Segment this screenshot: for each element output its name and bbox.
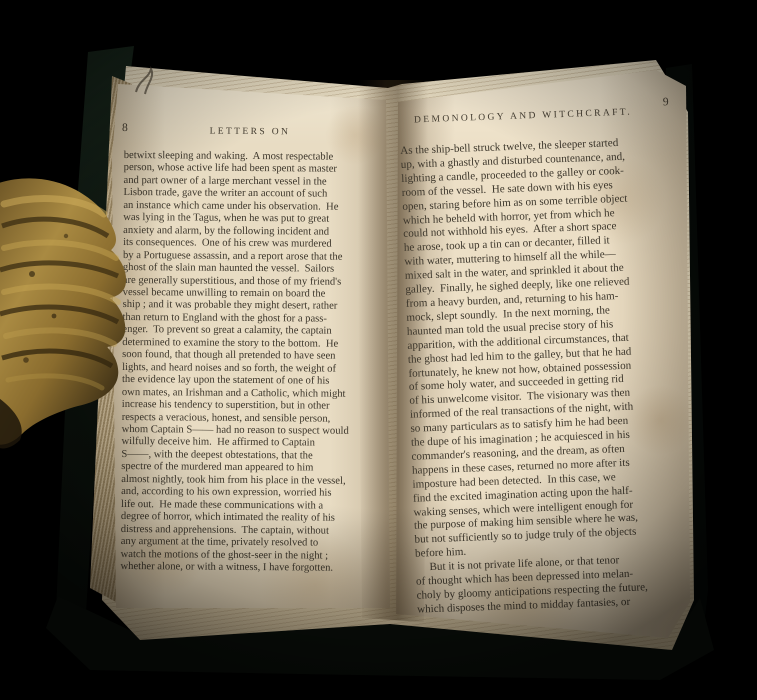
right-page-header: DEMONOLOGY AND WITCHCRAFT. 9 (399, 106, 671, 132)
text-line: before him. (415, 538, 687, 562)
text-line: mock, slept soundly. In the next morning… (406, 302, 678, 326)
book-right-page-surface (0, 0, 757, 700)
text-line: lights, and heard noises and so forth, t… (122, 362, 374, 376)
left-page-text: 8 LETTERS ON betwixt sleeping and waking… (120, 126, 376, 575)
text-line: As the ship-bell struck twelve, the slee… (400, 135, 672, 159)
book-left-page-surface (0, 0, 757, 700)
text-line: than return to England with the ghost fo… (122, 312, 374, 326)
text-line: happens in these cases, returned no more… (412, 455, 684, 479)
text-line: from a heavy burden, and, returning to h… (406, 288, 678, 312)
text-line: lighting a candle, proceeded to the gall… (401, 163, 673, 187)
text-line: so many particulars as to satisfy him he… (410, 413, 682, 437)
text-line: watch the motions of the ghost-seer in t… (121, 548, 373, 562)
text-line: the ghost had led him to the galley, but… (408, 343, 680, 367)
text-line: he arose, took up a tin can or decanter,… (404, 232, 676, 256)
text-line: with water, muttering to himself all the… (404, 246, 676, 270)
text-line: But it is not private life alone, or tha… (415, 552, 687, 576)
right-page-text: DEMONOLOGY AND WITCHCRAFT. 9 As the ship… (399, 106, 689, 617)
text-line: Lisbon trade, gave the writer an account… (123, 187, 375, 201)
text-line: mixed salt in the water, and sprinkled i… (405, 260, 677, 284)
text-line: own mates, an Irishman and a Catholic, w… (122, 387, 374, 401)
text-line: was lying in the Tagus, when he was put … (123, 212, 375, 226)
text-line: respects a veracious, honest, and sensib… (122, 412, 374, 426)
left-page-header: 8 LETTERS ON (124, 126, 376, 144)
text-line: and part owner of a large merchant vesse… (124, 175, 376, 189)
right-running-header: DEMONOLOGY AND WITCHCRAFT. (399, 106, 671, 126)
text-line: determined to examine the story to the b… (122, 337, 374, 351)
text-line: open, staring before him as on some terr… (402, 191, 674, 215)
text-line: its consequences. One of his crew was mu… (123, 237, 375, 251)
text-line: the purpose of making him sensible where… (414, 510, 686, 534)
text-line: choly by gloomy anticipations respecting… (416, 580, 688, 604)
photo-vignette (0, 0, 757, 700)
text-line: soon found, that though all pretended to… (122, 349, 374, 363)
text-line: almost nightly, took him from his place … (121, 474, 373, 488)
text-line: room of the vessel. He sate down with hi… (402, 177, 674, 201)
text-line: imposture had been detected. In this cas… (412, 469, 684, 493)
text-line: increase his tendency to superstition, b… (122, 399, 374, 413)
right-page-paragraph-2: But it is not private life alone, or tha… (415, 552, 689, 618)
text-line: but not sufficiently so to judge truly o… (414, 524, 686, 548)
book-cover-bottom-edge (0, 0, 757, 700)
text-line: galley. Finally, he sighed deeply, like … (405, 274, 677, 298)
text-line: distress and apprehensions. The captain,… (121, 524, 373, 538)
text-line: degree of horror, which intimated the re… (121, 511, 373, 525)
right-page-number: 9 (663, 96, 669, 108)
left-page-number: 8 (122, 122, 128, 134)
text-line: betwixt sleeping and waking. A most resp… (124, 150, 376, 164)
left-page-body: betwixt sleeping and waking. A most resp… (120, 150, 375, 575)
text-line: enger. To prevent so great a calamity, t… (122, 324, 374, 338)
text-line: of his unwelcome visitor. The visionary … (409, 385, 681, 409)
page-edge-ink-mark (130, 62, 164, 102)
text-line: ship ; and it was probable they might de… (123, 299, 375, 313)
text-line: spectre of the murdered man appeared to … (121, 461, 373, 475)
right-page-paragraph-1: As the ship-bell struck twelve, the slee… (400, 135, 687, 562)
text-line: ghost of the slain man haunted the vesse… (123, 262, 375, 276)
photo-scene: 8 LETTERS ON betwixt sleeping and waking… (0, 0, 757, 700)
text-line: fortunately, he knew not how, obtained p… (408, 357, 680, 381)
text-line: vessel became unwilling to remain on boa… (123, 287, 375, 301)
text-line: the dupe of his imagination ; he acquies… (411, 427, 683, 451)
text-line: of thought which has been depressed into… (416, 566, 688, 590)
book-cover-right-edge (0, 0, 757, 700)
book-gutter-shadow (0, 0, 757, 700)
text-line: S——, with the deepest obtestations, that… (121, 449, 373, 463)
text-line: informed of the real transactions of the… (410, 399, 682, 423)
text-line: anxiety and alarm, by the following inci… (123, 225, 375, 239)
text-line: up, with a ghastly and disturbed counten… (401, 149, 673, 173)
text-line: waking senses, which were intelligent en… (413, 496, 685, 520)
text-line: an instance which came under his observa… (123, 200, 375, 214)
text-line: and, according to his own expression, wo… (121, 486, 373, 500)
text-line: which disposes the mind to midday fantas… (417, 594, 689, 618)
text-line: which he beheld with horror, yet from wh… (403, 204, 675, 228)
left-running-header: LETTERS ON (124, 126, 376, 138)
text-line: whether alone, or with a witness, I have… (120, 561, 372, 575)
text-line: apparition, with the additional circumst… (407, 330, 679, 354)
book-page-block-edges (0, 0, 757, 700)
text-line: could not withhold his eyes. After a sho… (403, 218, 675, 242)
text-line: life out. He made these communications w… (121, 499, 373, 513)
text-line: any argument at the time, privately reso… (121, 536, 373, 550)
text-line: haunted man told the usual precise story… (407, 316, 679, 340)
book-cover-left-edge (0, 0, 757, 700)
text-line: wilfully deceive him. He affirmed to Cap… (121, 436, 373, 450)
text-line: commander's reasoning, and the dream, as… (411, 441, 683, 465)
brass-hand-page-holder (0, 174, 148, 468)
text-line: are generally superstitious, and those o… (123, 275, 375, 289)
text-line: the evidence lay upon the statement of o… (122, 374, 374, 388)
text-line: find the excited imagination acting upon… (413, 482, 685, 506)
text-line: person, whose active life had been spent… (124, 162, 376, 176)
right-page-body: As the ship-bell struck twelve, the slee… (400, 135, 689, 617)
text-line: by a Portuguese assassin, and a report a… (123, 250, 375, 264)
text-line: whom Captain S—— had no reason to suspec… (122, 424, 374, 438)
page-fore-edge-left (0, 0, 757, 700)
text-line: of some holy water, and succeeded in get… (409, 371, 681, 395)
